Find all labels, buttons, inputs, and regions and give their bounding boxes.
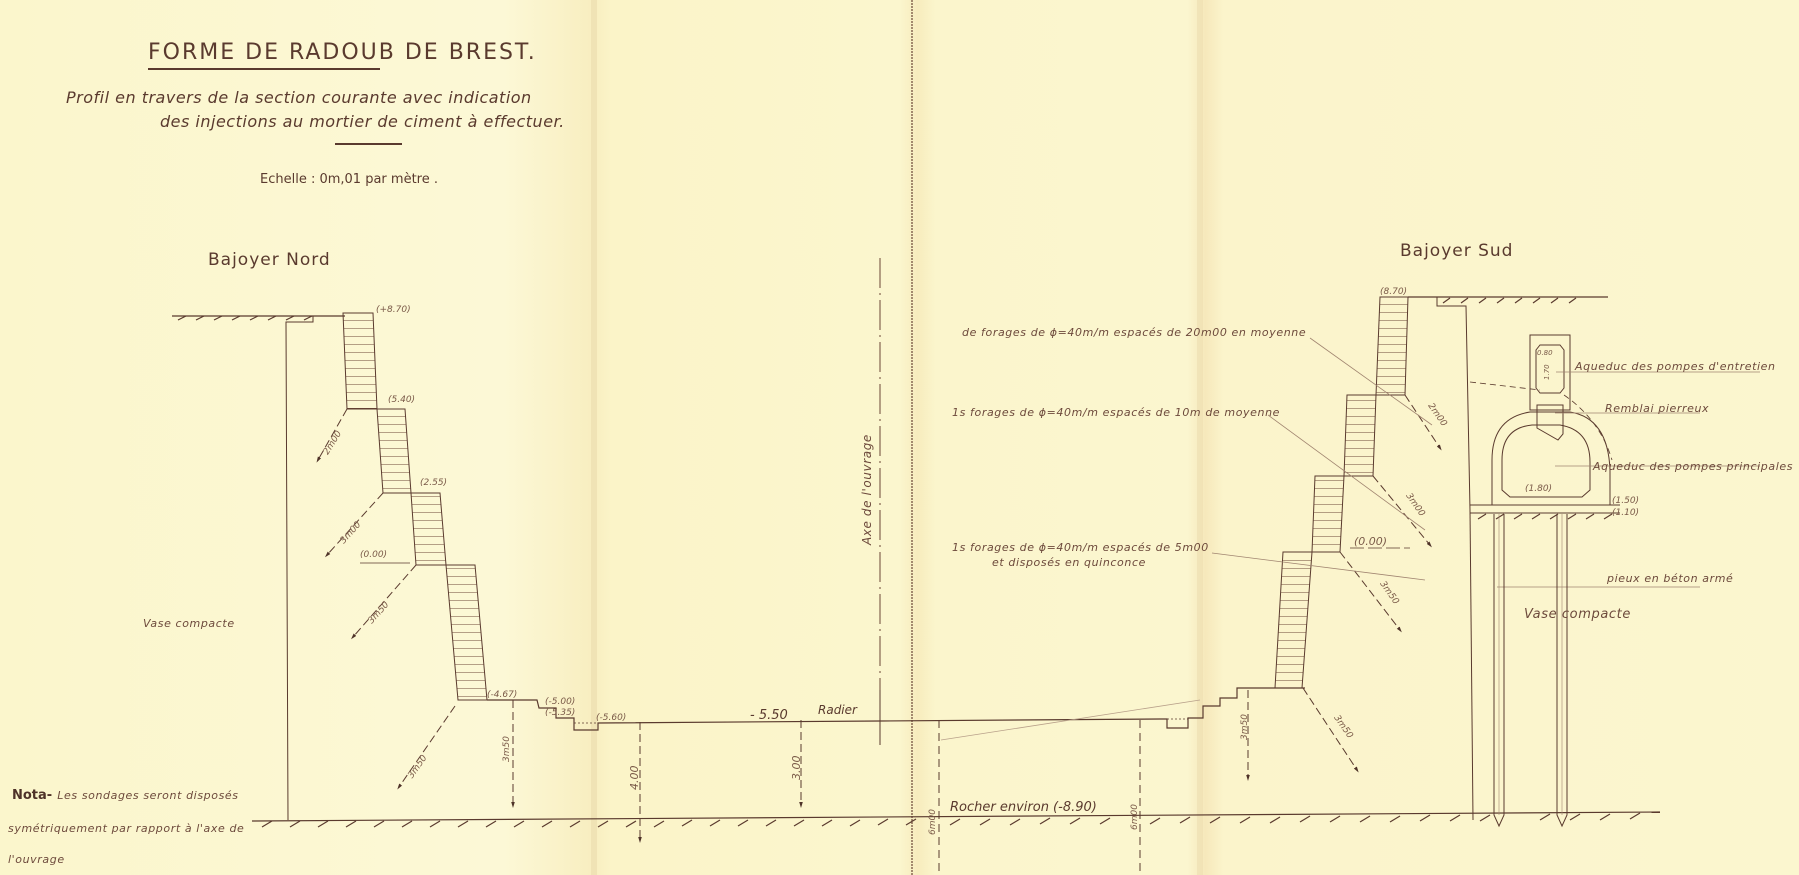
nota-line3: l'ouvrage: [8, 853, 65, 866]
north-elevation-zero: (0.00): [360, 550, 387, 560]
aqueduct-elevation-upper: (1.50): [1612, 496, 1639, 506]
north-elevation-top: (+8.70): [376, 305, 411, 315]
north-elevation-step1: (-5.00): [545, 697, 575, 707]
north-elevation-base: (-4.67): [487, 690, 517, 700]
radier: [640, 690, 1200, 875]
nota-block: Nota- Les sondages seront disposés: [12, 784, 239, 803]
south-drill-length-5: 3m50: [1240, 714, 1250, 740]
drawing-subtitle-line1: Profil en travers de la section courante…: [66, 88, 532, 107]
drawing-subtitle-line2: des injections au mortier de ciment à ef…: [160, 112, 565, 131]
nota-label: Nota-: [12, 788, 52, 803]
south-elevation-top: (8.70): [1380, 287, 1407, 297]
north-elevation-step3: (-5.60): [596, 713, 626, 723]
drill-depth-3m: 3.00: [790, 756, 803, 781]
drill-depth-4m: 4.00: [628, 766, 641, 791]
north-elevation-step2: (-5.35): [545, 708, 575, 718]
nota-line1: Les sondages seront disposés: [57, 789, 238, 802]
drill-depth-6m-right: 6m00: [1130, 804, 1140, 830]
label-main-aqueduct: Aqueduc des pompes principales: [1593, 460, 1793, 473]
annotation-drill-10m: 1s forages de ϕ=40m/m espacés de 10m de …: [952, 406, 1280, 419]
drill-depth-6m-left: 6m00: [928, 809, 938, 835]
aqueduct-dim-width: 0.80: [1537, 349, 1553, 357]
annotation-drill-5m-line2: et disposés en quinconce: [992, 556, 1146, 569]
cross-section-drawing: [0, 0, 1799, 875]
south-wall-heading: Bajoyer Sud: [1400, 241, 1513, 261]
radier-level: - 5.50: [750, 708, 788, 723]
concrete-piles: [1494, 514, 1567, 826]
drawing-title: FORME DE RADOUB DE BREST.: [148, 40, 537, 65]
drawing-scale: Echelle : 0m,01 par mètre .: [260, 172, 438, 187]
north-soil-label: Vase compacte: [143, 617, 235, 630]
north-wall-heading: Bajoyer Nord: [208, 250, 331, 270]
north-wall: [172, 313, 880, 820]
aqueduct-width: (1.80): [1525, 484, 1552, 494]
north-drill-length-5: 3m50: [502, 736, 512, 762]
annotation-drill-5m-line1: 1s forages de ϕ=40m/m espacés de 5m00: [952, 541, 1209, 554]
north-elevation-3: (2.55): [420, 478, 447, 488]
aqueduct-dim-height: 1.70: [1543, 364, 1551, 380]
south-soil-label: Vase compacte: [1524, 607, 1631, 622]
north-elevation-2: (5.40): [388, 395, 415, 405]
rock-label: Rocher environ (-8.90): [950, 800, 1097, 815]
south-wall: [1160, 297, 1608, 820]
label-stone-fill: Remblai pierreux: [1605, 402, 1709, 415]
annotation-drill-20m: de forages de ϕ=40m/m espacés de 20m00 e…: [962, 326, 1306, 339]
aqueduct-elevation-lower: (1.10): [1612, 508, 1639, 518]
axis-label: Axe de l'ouvrage: [860, 434, 874, 545]
label-concrete-piles: pieux en béton armé: [1607, 572, 1733, 585]
nota-line2: symétriquement par rapport à l'axe de: [8, 822, 244, 835]
label-maintenance-aqueduct: Aqueduc des pompes d'entretien: [1575, 360, 1776, 373]
south-elevation-zero: (0.00): [1354, 535, 1387, 548]
radier-label: Radier: [818, 703, 857, 717]
